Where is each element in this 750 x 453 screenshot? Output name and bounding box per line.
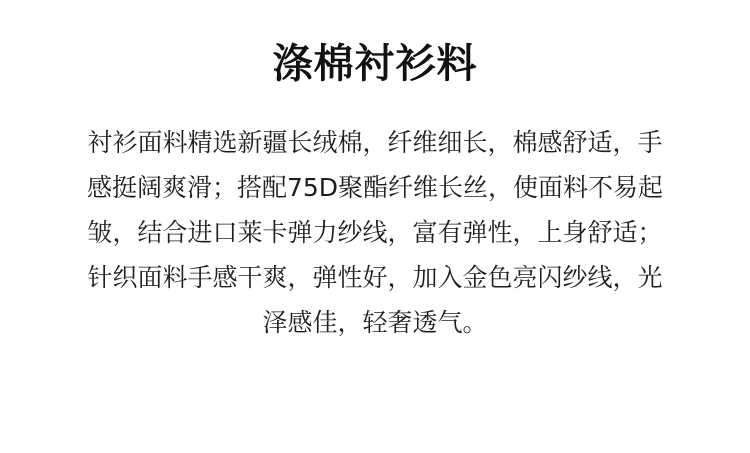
description-paragraph-shirt-fabric: 衬衫面料精选新疆长绒棉，纤维细长，棉感舒适，手感挺阔爽滑；搭配75D聚酯纤维长丝… (78, 120, 672, 255)
description-paragraph-knit-fabric: 针织面料手感干爽，弹性好，加入金色亮闪纱线，光泽感佳，轻奢透气。 (78, 255, 672, 345)
description-block: 衬衫面料精选新疆长绒棉，纤维细长，棉感舒适，手感挺阔爽滑；搭配75D聚酯纤维长丝… (78, 120, 672, 345)
page-title: 涤棉衬衫料 (0, 36, 750, 92)
